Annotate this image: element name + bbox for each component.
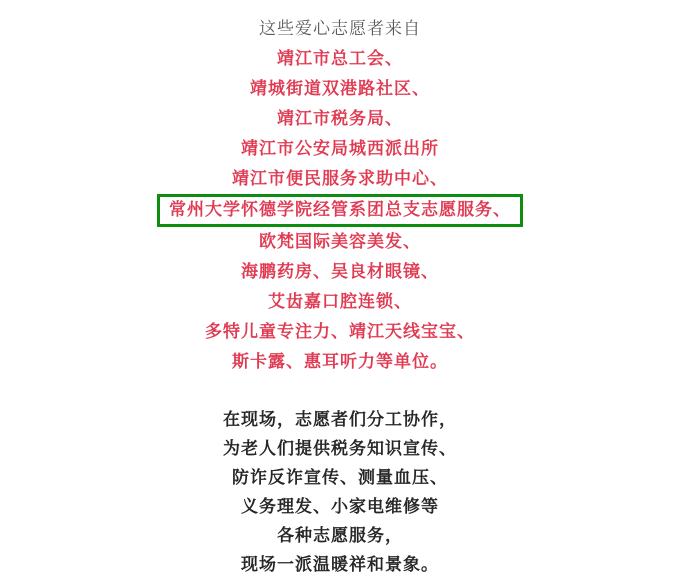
article-body: 这些爱心志愿者来自 靖江市总工会、 靖城街道双港路社区、 靖江市税务局、 靖江市… <box>0 14 680 579</box>
intro-line: 这些爱心志愿者来自 <box>0 14 680 44</box>
closing-paragraph: 在现场，志愿者们分工协作， 为老人们提供税务知识宣传、 防诈反诈宣传、测量血压、… <box>0 405 680 579</box>
org-line: 靖江市总工会、 <box>0 44 680 74</box>
org-line: 靖江市便民服务求助中心、 <box>0 164 680 194</box>
article-page: 这些爱心志愿者来自 靖江市总工会、 靖城街道双港路社区、 靖江市税务局、 靖江市… <box>0 0 680 587</box>
org-line: 欧梵国际美容美发、 <box>0 227 680 257</box>
closing-line: 现场一派温暖祥和景象。 <box>0 550 680 579</box>
closing-line: 各种志愿服务， <box>0 521 680 550</box>
org-line: 多特儿童专注力、靖江天线宝宝、 <box>0 317 680 347</box>
org-line: 斯卡露、惠耳听力等单位。 <box>0 347 680 377</box>
highlight-box: 常州大学怀德学院经管系团总支志愿服务、 <box>157 194 523 227</box>
closing-line: 在现场，志愿者们分工协作， <box>0 405 680 434</box>
closing-line: 义务理发、小家电维修等 <box>0 492 680 521</box>
closing-line: 防诈反诈宣传、测量血压、 <box>0 463 680 492</box>
org-line: 靖城街道双港路社区、 <box>0 74 680 104</box>
org-line: 艾齿嘉口腔连锁、 <box>0 287 680 317</box>
org-line: 靖江市税务局、 <box>0 104 680 134</box>
closing-line: 为老人们提供税务知识宣传、 <box>0 434 680 463</box>
org-line: 靖江市公安局城西派出所 <box>0 134 680 164</box>
org-line: 海鹏药房、吴良材眼镜、 <box>0 257 680 287</box>
highlighted-org-line: 常州大学怀德学院经管系团总支志愿服务、 <box>0 194 680 227</box>
